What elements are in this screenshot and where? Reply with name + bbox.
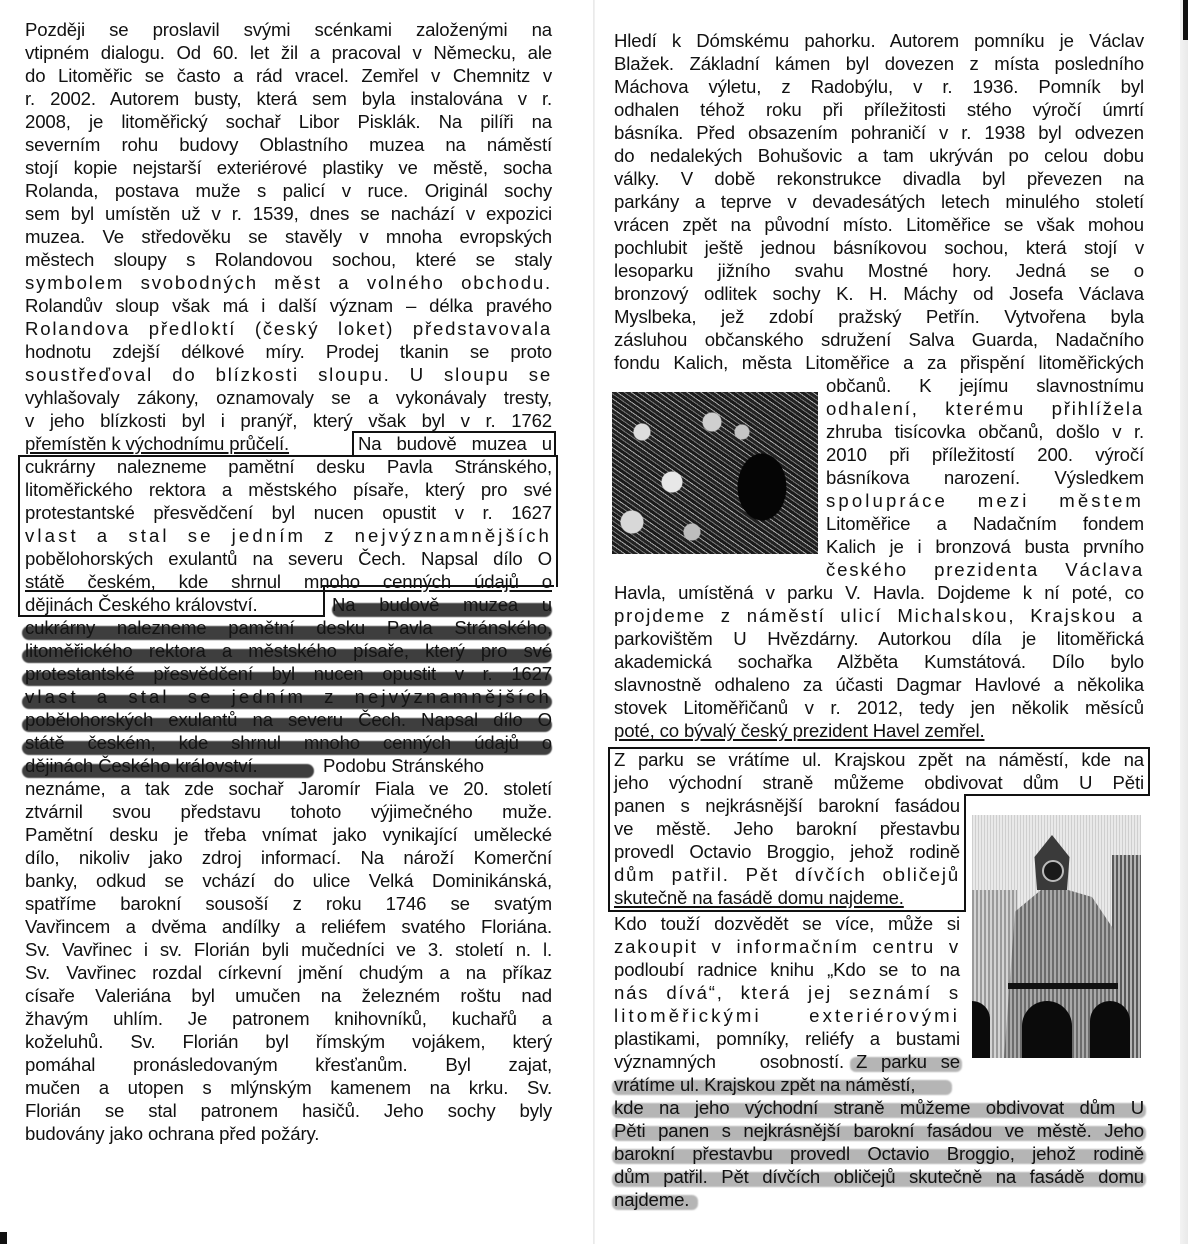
photo-arch [1090, 1001, 1130, 1058]
strike-marker [22, 649, 552, 663]
text-line: podloubí radnice knihu „Kdo se to na [614, 959, 960, 981]
text-line: zakoupit v informačním centru v [614, 936, 960, 958]
text-line: jeho východní straně můžeme obdivovat dů… [614, 772, 1144, 794]
text-line: Sv. Vavřinec i sv. Florián byli mučedníc… [25, 939, 552, 961]
text-line: do Litoměřic se často a rád vracel. Zemř… [25, 65, 552, 87]
text-line: odhalen téhož roku při příležitosti stéh… [614, 99, 1144, 121]
text-line: 2008, je litoměřický sochař Libor Pisklá… [25, 111, 552, 133]
text-line: hodnotu zdejší délkové míry. Prodej tkan… [25, 341, 552, 363]
text-line: dům patřil. Pět dívčích obličejů skutečn… [614, 1166, 1144, 1188]
highlighted-text: Z parku se [856, 1051, 960, 1073]
text-line: Vavřincem a dvěma andílky a reliéfem sva… [25, 916, 552, 938]
text-line: zhruba tisícovka občanů, došlo v r. [826, 421, 1144, 443]
underlined-phrase: přemístěn k východnímu průčelí. [25, 433, 289, 454]
text-line: Z parku se vrátíme ul. Krajskou zpět na … [614, 749, 1144, 771]
text-line: státě českém, kde shrnul mnoho cenných ú… [25, 571, 552, 593]
text-line: vtipném dialogu. Od 60. let žil a pracov… [25, 42, 552, 64]
text-line: Rolanda, postava muže s palicí v ruce. O… [25, 180, 552, 202]
text-line: války. V době rekonstrukce divadla byl p… [614, 168, 1144, 190]
strike-marker [332, 603, 552, 617]
text-line: odhalení, kterému přihlížela [826, 398, 1144, 420]
text-line: Litoměřice a Nadačním fondem [826, 513, 1144, 535]
text-line: Rolandův sloup však má i další význam – … [25, 295, 552, 317]
photo-ledge [1008, 983, 1118, 989]
photo-arch [972, 1001, 990, 1058]
text-line: symbolem svobodných měst a volného obcho… [25, 272, 552, 294]
text-line: vrátíme ul. Krajskou zpět na náměstí, [614, 1074, 954, 1096]
text-line: městech sloupy s Rolandovou sochou, kter… [25, 249, 552, 271]
text-line: Máchova výletu, z Radobýlu, v r. 1936. P… [614, 76, 1144, 98]
text-line: pobělohorských exulantů na severu Čech. … [25, 548, 552, 570]
text-line: císaře Valeriána byl umučen na železném … [25, 985, 552, 1007]
text-line: básníka. Před obsazením pohraničí v r. 1… [614, 122, 1144, 144]
text-line: protestantské přesvědčení byl nucen opus… [25, 502, 552, 524]
text-line: zásluhou občanského sdružení Salva Guard… [614, 329, 1144, 351]
house-u-peti-panen-photo [972, 815, 1141, 1058]
text-line: poté, co bývalý český prezident Havel ze… [614, 720, 1144, 742]
text-line: lesoparku jižního svahu Mostné hory. Jed… [614, 260, 1144, 282]
text-line: Blažek. Základní kámen byl dovezen z mís… [614, 53, 1144, 75]
text-line: dům patřil. Pět dívčích obličejů [614, 864, 960, 886]
text-line: pochlubit ještě jednou básníkovou sochou… [614, 237, 1144, 259]
text-line: Pamětní desku je třeba vnímat jako vynik… [25, 824, 552, 846]
right-page: Hledí k Dómskému pahorku. Autorem pomník… [594, 0, 1188, 1244]
text-line: Pěti panen s nejkrásnější barokní fasádo… [614, 1120, 1144, 1142]
text-line: dějinách Českého království. [25, 594, 325, 616]
text-line: ve městě. Jeho barokní přestavbu [614, 818, 960, 840]
text-line: severním rohu budovy Oblastního muzea na… [25, 134, 552, 156]
text-line: litoměřickými exteriérovými [614, 1005, 960, 1027]
text-line: stovek Litoměřičanů v r. 2012, tedy jen … [614, 697, 1144, 719]
box-frame-divider [321, 585, 554, 587]
strike-marker [22, 672, 552, 686]
text-line: ztvárnil svou představu tohoto výjimečné… [25, 801, 552, 823]
text-line: spatříme barokní sousoší z roku 1746 se … [25, 893, 552, 915]
strike-marker [22, 695, 552, 709]
text-line: projdeme z náměstí ulicí Michalskou, Kra… [614, 605, 1144, 627]
text-line: Na budově muzea u [358, 433, 552, 455]
text-line: najdeme. [614, 1189, 1144, 1211]
text-line: neznáme, a tak zde sochař Jaromír Fiala … [25, 778, 552, 800]
text-line: mučen a utopen s mlýnským kamenem na krk… [25, 1077, 552, 1099]
text-line: fondu Kalich, města Litoměřice a za přis… [614, 352, 1144, 374]
text-line: litoměřického rektora a městského písaře… [25, 479, 552, 501]
text-line: koželuhů. Sv. Florián byl římským vojáke… [25, 1031, 552, 1053]
text-line: Rolandova předloktí (český loket) předst… [25, 318, 552, 340]
bust-photo [612, 392, 818, 554]
strike-marker [22, 741, 552, 755]
text-line: barokní přestavbu provedl Octavio Broggi… [614, 1143, 1144, 1165]
text-line: vlast a stal se jedním z nejvýznamnějšíc… [25, 525, 552, 547]
text-line: plastikami, pomníky, reliéfy a bustami [614, 1028, 960, 1050]
text-line: budovány jako ochrana před požáry. [25, 1123, 552, 1145]
text-line: kde na jeho východní straně můžeme obdiv… [614, 1097, 1144, 1119]
text-line: pomáhal pronásledovaným křesťanům. Byl z… [25, 1054, 552, 1076]
text-line: Později se proslavil svými scénkami zalo… [25, 19, 552, 41]
text-line: Hledí k Dómskému pahorku. Autorem pomník… [614, 30, 1144, 52]
text-line: žhavým uhlím. Je patronem knihovníků, ku… [25, 1008, 552, 1030]
strike-marker [22, 718, 552, 732]
text-line: spolupráce mezi městem [826, 490, 1144, 512]
text-line: do nedalekých Bohušovic a tam ukrýván po… [614, 145, 1144, 167]
text-line: soustřeďoval do blízkosti sloupu. U slou… [25, 364, 552, 386]
text-line: významných osobností. [614, 1051, 844, 1073]
text-line: Havla, umístěná v parku V. Havla. Dojdem… [614, 582, 1144, 604]
strike-marker [22, 626, 552, 640]
text-line: r. 2002. Autorem busty, která sem byla i… [25, 88, 552, 110]
text-line: parkovištěm U Hvězdárny. Autorkou díla j… [614, 628, 1144, 650]
text-line: Podobu Stránského [318, 755, 552, 777]
text-line: provedl Octavio Broggio, jehož rodině [614, 841, 960, 863]
boxed-end-phrase: dějinách Českého království. [25, 594, 257, 615]
text-line: nás dívá“, která jej seznámí s [614, 982, 960, 1004]
text-line: akademická sochařka Alžběta Kumstátová. … [614, 651, 1144, 673]
text-line: Kalich je i bronzová busta prvního [826, 536, 1144, 558]
photo-gable-window [1042, 860, 1064, 882]
text-line: českého prezidenta Václava [826, 559, 1144, 581]
text-line: Kdo touží dozvědět se více, může si [614, 913, 960, 935]
text-line: básníkova narození. Výsledkem [826, 467, 1144, 489]
text-line: Myslbeka, jež zdobí pražský Petřín. Vytv… [614, 306, 1144, 328]
text-line: banky, odkud se vchází do ulice Velká Do… [25, 870, 552, 892]
text-line: Sv. Vavřinec rozdal církevní jmění chudý… [25, 962, 552, 984]
text-line: dílo, nikoliv jako zdroj informací. Na n… [25, 847, 552, 869]
text-line: sem byl umístěn už v r. 1539, dnes se na… [25, 203, 552, 225]
text-line: panen s nejkrásnější barokní fasádou [614, 795, 960, 817]
text-line: cukrárny nalezneme pamětní desku Pavla S… [25, 456, 552, 478]
left-page: Později se proslavil svými scénkami zalo… [0, 0, 594, 1244]
photo-arch [1022, 1001, 1072, 1058]
scan-corner-mark [0, 1232, 7, 1244]
text-line: v jeho blízkosti byl i pranýř, který vša… [25, 410, 552, 432]
text-line: skutečně na fasádě domu najdeme. [614, 887, 960, 909]
text-line: vrácen zpět na původní místo. Litoměřice… [614, 214, 1144, 236]
box-frame-step [964, 794, 1148, 796]
underlined-text: přemístěn k východnímu průčelí. [25, 433, 340, 455]
text-line: stojí kopie nejstarší exteriérové plasti… [25, 157, 552, 179]
text-line: Florián se stal patronem hasičů. Jeho so… [25, 1100, 552, 1122]
text-line: muzea. Ve středověku se stavěly v mnoha … [25, 226, 552, 248]
text-line: 2010 při příležitostí 200. výročí [826, 444, 1144, 466]
strike-marker [22, 764, 314, 778]
text-line: vyhlašovaly zákony, oznamovaly se a vyko… [25, 387, 552, 409]
text-line: parkány a teprve v devadesátých letech m… [614, 191, 1144, 213]
text-line: slavnostně odhaleno za účasti Dagmar Hav… [614, 674, 1144, 696]
text-line: občanů. K jejímu slavnostnímu [826, 375, 1144, 397]
text-line: bronzový odlitek sochy K. H. Máchy od Jo… [614, 283, 1144, 305]
